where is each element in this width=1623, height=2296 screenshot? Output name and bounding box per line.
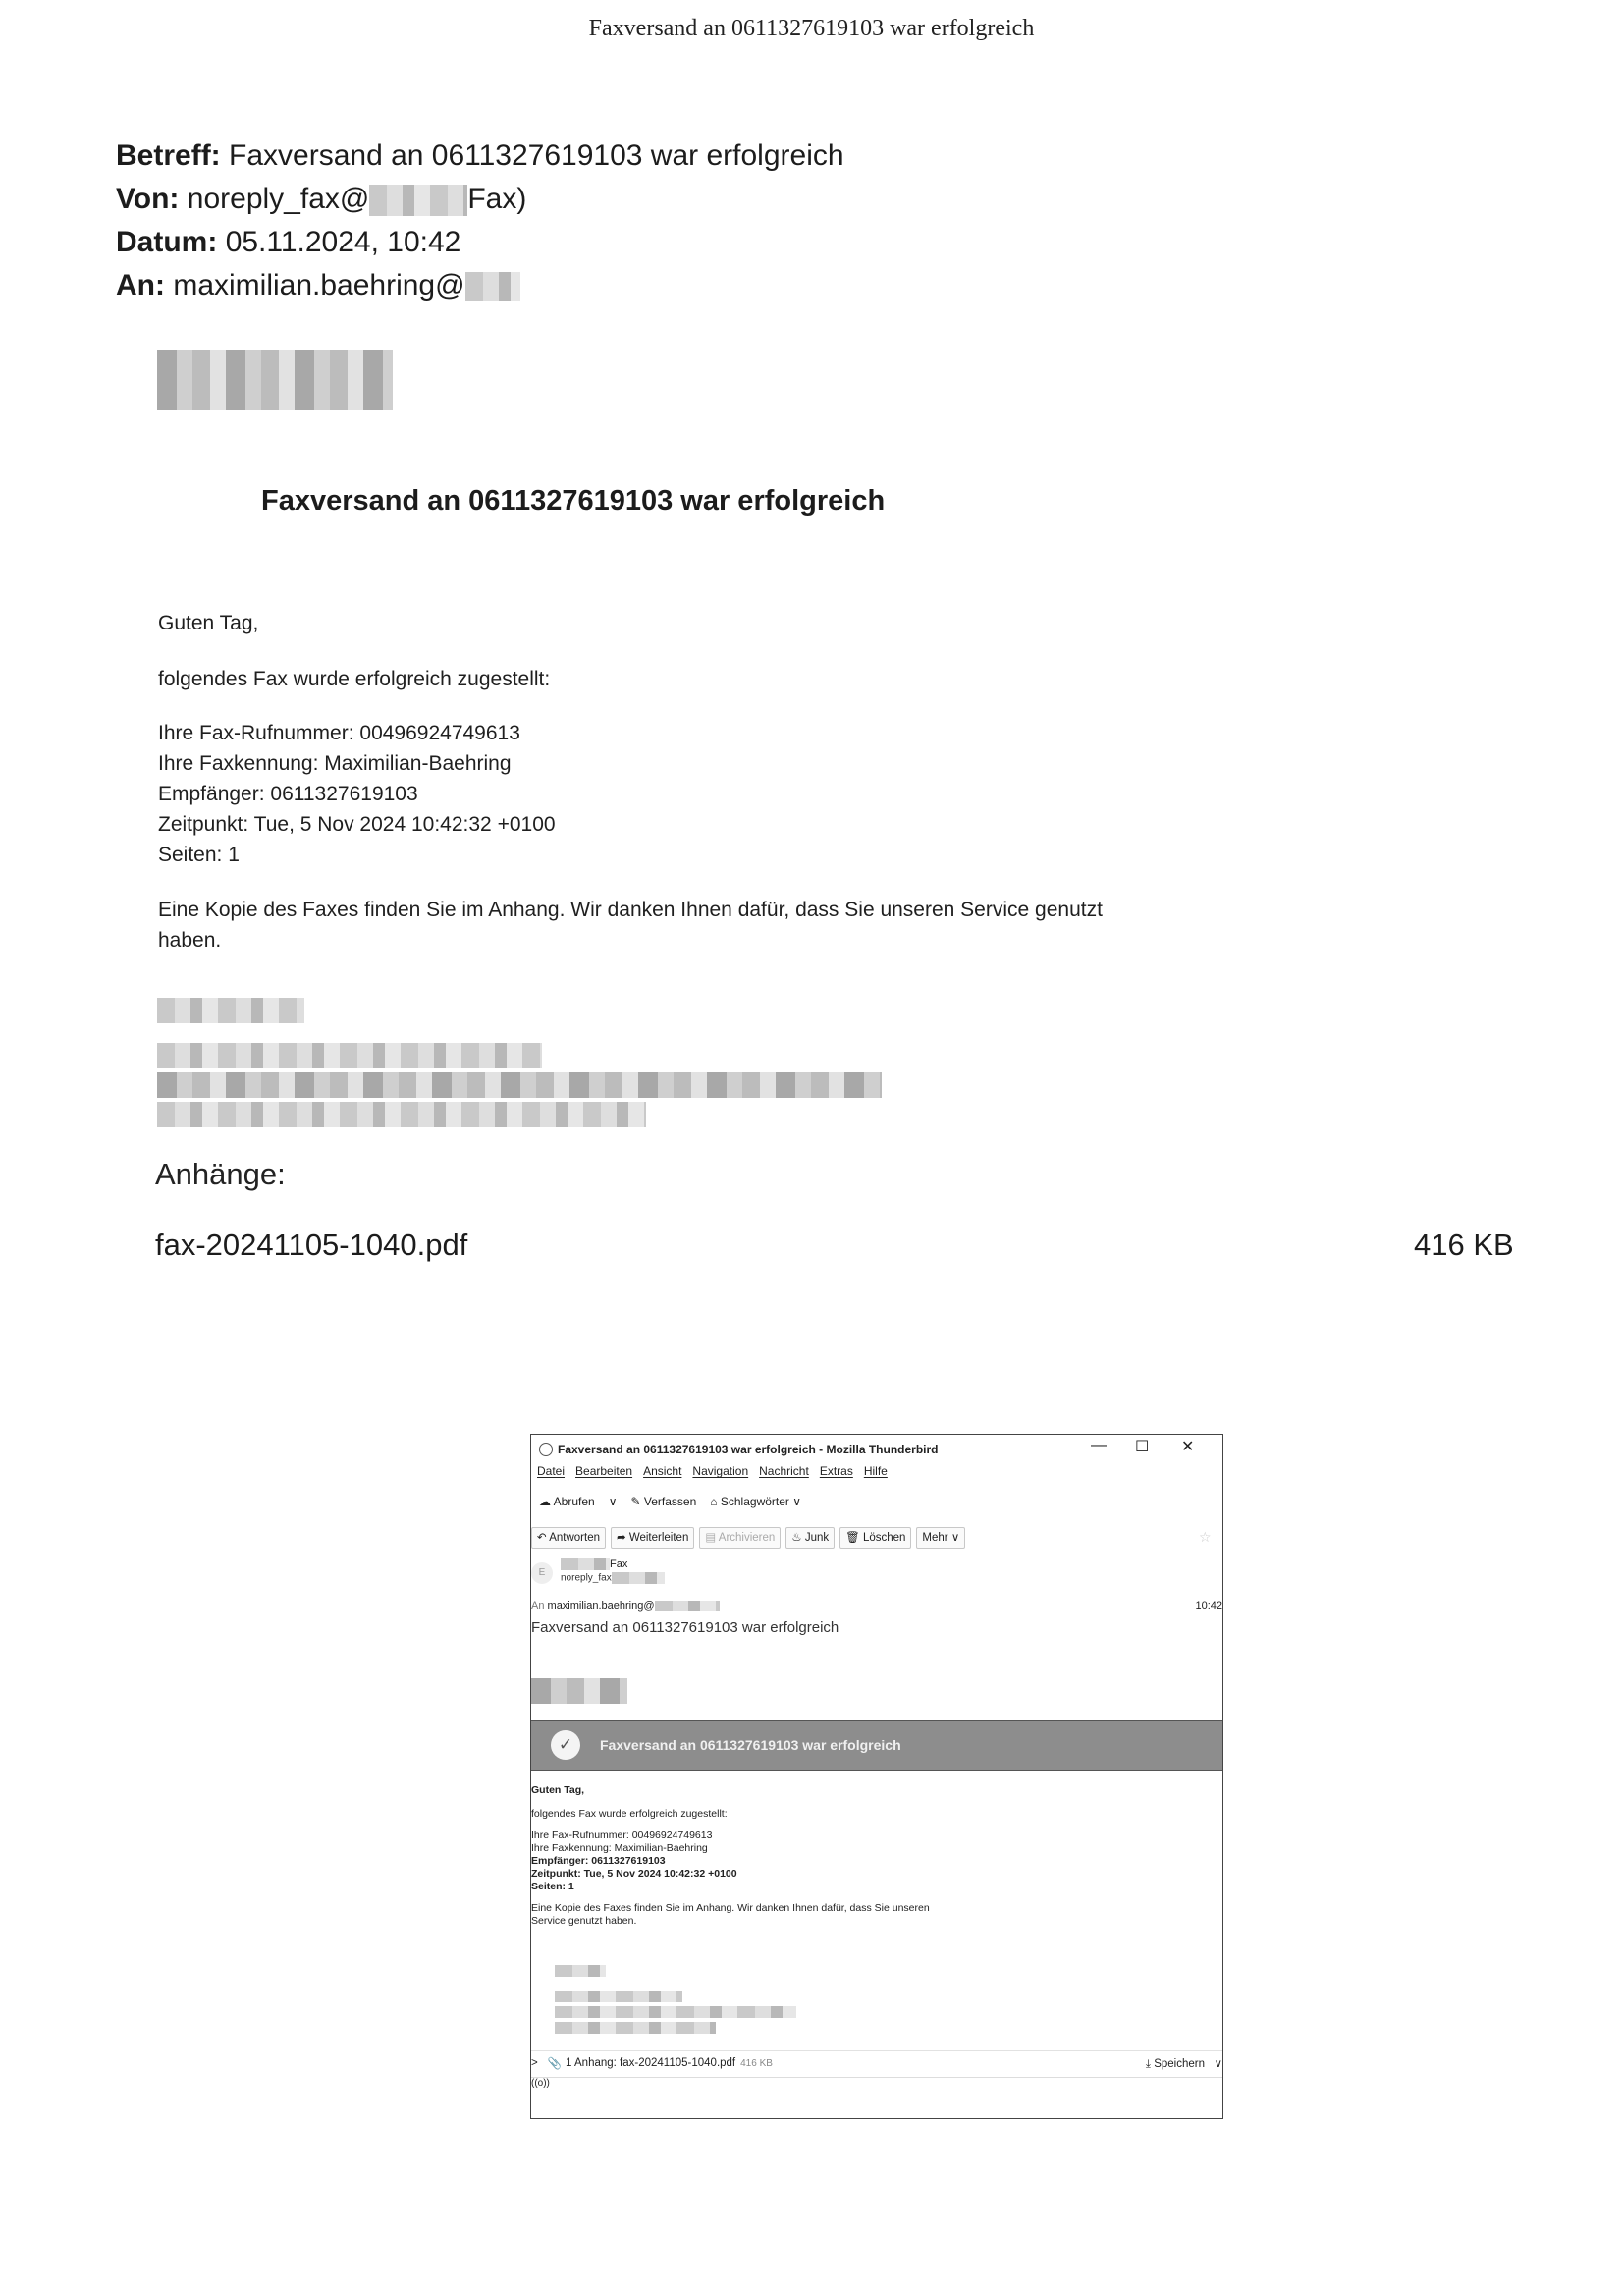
redacted-block: [369, 185, 467, 216]
from-label: Von:: [116, 183, 179, 215]
redacted-signature: [157, 1102, 646, 1127]
redacted-signature: [555, 2006, 796, 2018]
cloud-download-icon: ☁: [539, 1495, 551, 1508]
menu-datei[interactable]: Datei: [537, 1464, 565, 1482]
online-status-icon: ((o)): [531, 2078, 550, 2089]
message-time: 10:42: [1195, 1600, 1222, 1612]
to-line: An: maximilian.baehring@: [116, 264, 520, 307]
tb-greeting: Guten Tag,: [531, 1784, 1222, 1797]
status-bar: ((o)): [531, 2077, 1222, 2094]
attachment-file-size: 416 KB: [1414, 1228, 1514, 1263]
junk-button[interactable]: ♨ Junk: [785, 1527, 835, 1549]
attachments-label: Anhänge:: [155, 1157, 294, 1192]
compose-button[interactable]: ✎ Verfassen: [631, 1495, 697, 1508]
maximize-icon[interactable]: ☐: [1135, 1437, 1149, 1456]
paperclip-icon: 📎: [548, 2056, 562, 2070]
tags-label: Schlagwörter ∨: [721, 1495, 801, 1508]
tb-closing: Eine Kopie des Faxes finden Sie im Anhan…: [531, 1902, 1222, 1928]
delete-label: Löschen: [863, 1532, 905, 1544]
from-value-prefix: noreply_fax@: [188, 183, 370, 215]
closing-line-2: haben.: [158, 925, 1103, 956]
forward-label: Weiterleiten: [629, 1532, 689, 1544]
junk-label: Junk: [805, 1532, 829, 1544]
archive-button[interactable]: ▤ Archivieren: [699, 1527, 781, 1549]
redacted-block: [612, 1572, 665, 1584]
intro: folgendes Fax wurde erfolgreich zugestel…: [158, 664, 550, 694]
save-label: Speichern: [1154, 2058, 1205, 2070]
attachments-divider: [108, 1175, 1551, 1175]
date-value: 05.11.2024, 10:42: [226, 226, 461, 258]
tb-details: Ihre Fax-Rufnummer: 00496924749613 Ihre …: [531, 1830, 1222, 1893]
trash-icon: 🗑: [845, 1532, 860, 1544]
tag-icon: ⌂: [710, 1495, 717, 1508]
redacted-signature: [157, 998, 304, 1023]
from-name: Fax: [561, 1558, 627, 1570]
forward-icon: ➦: [617, 1532, 626, 1544]
menu-ansicht[interactable]: Ansicht: [643, 1464, 681, 1482]
main-toolbar: ☁ Abrufen ∨ ✎ Verfassen ⌂ Schlagwörter ∨: [531, 1492, 1222, 1511]
attachment-size: 416 KB: [740, 2058, 773, 2069]
thunderbird-logo-icon: [539, 1443, 553, 1456]
detail-timestamp: Zeitpunkt: Tue, 5 Nov 2024 10:42:32 +010…: [158, 809, 556, 840]
attachment-file-name[interactable]: fax-20241105-1040.pdf: [155, 1228, 467, 1263]
attachment-label[interactable]: 1 Anhang: fax-20241105-1040.pdf: [566, 2057, 735, 2069]
redacted-block: [465, 272, 520, 301]
to-address[interactable]: maximilian.baehring@: [548, 1600, 655, 1612]
window-titlebar: Faxversand an 0611327619103 war erfolgre…: [531, 1439, 1222, 1460]
menu-bearbeiten[interactable]: Bearbeiten: [575, 1464, 632, 1482]
reply-icon: ↶: [537, 1532, 547, 1544]
subject-label: Betreff:: [116, 139, 221, 172]
save-button[interactable]: ⤓ Speichern ∨: [1146, 2056, 1222, 2071]
expand-chevron-icon[interactable]: >: [531, 2057, 538, 2069]
checkmark-icon: ✓: [551, 1730, 580, 1760]
closing-text: Eine Kopie des Faxes finden Sie im Anhan…: [158, 895, 1103, 956]
redacted-signature: [157, 1043, 542, 1068]
detail-pages: Seiten: 1: [158, 840, 556, 870]
menu-nachricht[interactable]: Nachricht: [759, 1464, 809, 1482]
success-banner: ✓ Faxversand an 0611327619103 war erfolg…: [531, 1720, 1222, 1771]
minimize-icon[interactable]: —: [1091, 1437, 1107, 1454]
from-name-suffix: Fax: [610, 1558, 627, 1570]
to-header: An maximilian.baehring@ 10:42: [531, 1600, 1222, 1615]
redacted-block: [561, 1558, 610, 1570]
tags-button[interactable]: ⌂ Schlagwörter ∨: [710, 1495, 801, 1508]
tb-detail: Zeitpunkt: Tue, 5 Nov 2024 10:42:32 +010…: [531, 1868, 1222, 1881]
tb-intro: folgendes Fax wurde erfolgreich zugestel…: [531, 1808, 1222, 1821]
message-actions: ↶ Antworten ➦ Weiterleiten ▤ Archivieren…: [531, 1527, 1222, 1549]
redacted-signature: [555, 2022, 716, 2034]
message-subject: Faxversand an 0611327619103 war erfolgre…: [531, 1619, 1222, 1636]
to-label: An:: [116, 269, 165, 301]
tb-detail: Seiten: 1: [531, 1881, 1222, 1893]
star-icon[interactable]: ☆: [1199, 1529, 1212, 1546]
subject-line: Betreff: Faxversand an 0611327619103 war…: [116, 135, 844, 178]
greeting: Guten Tag,: [158, 608, 258, 638]
from-header: E Fax noreply_fax: [531, 1558, 1222, 1592]
to-value-prefix: maximilian.baehring@: [173, 269, 464, 301]
archive-label: Archivieren: [719, 1532, 776, 1544]
redacted-signature: [555, 1991, 682, 2002]
tb-closing-line-2: Service genutzt haben.: [531, 1915, 1222, 1928]
tb-detail: Empfänger: 0611327619103: [531, 1855, 1222, 1868]
thunderbird-screenshot: Faxversand an 0611327619103 war erfolgre…: [530, 1434, 1223, 2119]
save-dropdown[interactable]: ∨: [1215, 2058, 1222, 2070]
reply-label: Antworten: [549, 1532, 600, 1544]
get-messages-label: Abrufen: [554, 1495, 595, 1508]
subject-value: Faxversand an 0611327619103 war erfolgre…: [229, 139, 844, 172]
date-line: Datum: 05.11.2024, 10:42: [116, 221, 460, 264]
from-mail: noreply_fax: [561, 1572, 665, 1584]
menu-navigation[interactable]: Navigation: [692, 1464, 748, 1482]
detail-fax-number: Ihre Fax-Rufnummer: 00496924749613: [158, 718, 556, 748]
mail-heading: Faxversand an 0611327619103 war erfolgre…: [261, 485, 885, 518]
menu-hilfe[interactable]: Hilfe: [864, 1464, 888, 1482]
closing-line-1: Eine Kopie des Faxes finden Sie im Anhan…: [158, 895, 1103, 925]
attachment-bar: > 📎 1 Anhang: fax-20241105-1040.pdf 416 …: [531, 2050, 1222, 2075]
redacted-logo: [531, 1678, 627, 1704]
date-label: Datum:: [116, 226, 217, 258]
junk-icon: ♨: [791, 1532, 801, 1544]
more-button[interactable]: Mehr ∨: [916, 1527, 965, 1549]
detail-fax-id: Ihre Faxkennung: Maximilian-Baehring: [158, 748, 556, 779]
pencil-icon: ✎: [631, 1495, 641, 1508]
compose-label: Verfassen: [644, 1495, 696, 1508]
delete-button[interactable]: 🗑 Löschen: [839, 1527, 911, 1549]
close-icon[interactable]: ✕: [1181, 1437, 1194, 1456]
from-value-suffix: Fax): [467, 183, 526, 215]
tb-detail: Ihre Fax-Rufnummer: 00496924749613: [531, 1830, 1222, 1842]
redacted-signature: [555, 1965, 606, 1977]
redacted-signature: [157, 1072, 882, 1098]
print-header-title: Faxversand an 0611327619103 war erfolgre…: [0, 16, 1623, 42]
from-line: Von: noreply_fax@Fax): [116, 178, 526, 221]
redacted-block: [655, 1601, 720, 1611]
get-messages-button[interactable]: ☁ Abrufen: [539, 1495, 595, 1508]
window-title: Faxversand an 0611327619103 war erfolgre…: [558, 1443, 939, 1456]
fax-details: Ihre Fax-Rufnummer: 00496924749613 Ihre …: [158, 718, 556, 870]
avatar: E: [531, 1562, 553, 1584]
archive-icon: ▤: [705, 1532, 716, 1544]
to-label: An: [531, 1600, 544, 1612]
tb-closing-line-1: Eine Kopie des Faxes finden Sie im Anhan…: [531, 1902, 1222, 1915]
download-icon: ⤓: [1146, 2058, 1151, 2070]
from-mail-prefix: noreply_fax: [561, 1573, 612, 1584]
forward-button[interactable]: ➦ Weiterleiten: [611, 1527, 694, 1549]
detail-recipient: Empfänger: 0611327619103: [158, 779, 556, 809]
menu-bar: Datei Bearbeiten Ansicht Navigation Nach…: [531, 1464, 1222, 1482]
get-messages-dropdown[interactable]: ∨: [609, 1495, 618, 1508]
banner-text: Faxversand an 0611327619103 war erfolgre…: [600, 1737, 901, 1753]
redacted-logo: [157, 350, 393, 410]
tb-detail: Ihre Faxkennung: Maximilian-Baehring: [531, 1842, 1222, 1855]
reply-button[interactable]: ↶ Antworten: [531, 1527, 606, 1549]
menu-extras[interactable]: Extras: [820, 1464, 853, 1482]
